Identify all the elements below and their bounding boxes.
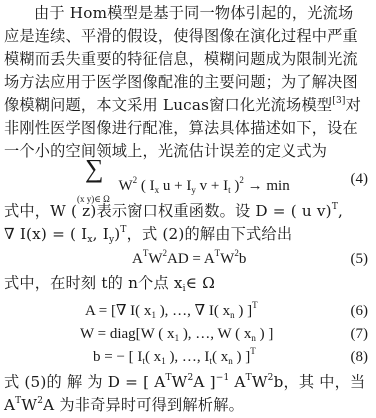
eq-sup: T xyxy=(250,346,256,356)
text-line: 式 (5)的 解 为 D = [ ATW2A ]−1 ATW2b，其 中，当 xyxy=(4,371,372,393)
eq-term: u + I xyxy=(163,178,191,194)
text-span: , xyxy=(338,202,343,220)
eq-term: ) ] xyxy=(256,326,274,342)
text-line: 像模糊问题，本文采用 Lucas窗口化光流场模型[3]对 xyxy=(4,94,372,116)
equation-number: (8) xyxy=(351,346,369,368)
text-span: 式 (5)的 解 为 D = [ A xyxy=(4,373,165,391)
eq-term: ) ] xyxy=(233,349,251,365)
eq-term: A xyxy=(132,251,143,267)
eq-sup: T xyxy=(252,300,258,310)
text-span: ∈ Ω xyxy=(186,274,215,292)
text-span: A ] xyxy=(193,373,215,391)
text-span: W xyxy=(21,396,37,414)
eq-term: A = [∇ I( x xyxy=(85,303,151,319)
eq-term: W xyxy=(148,251,162,267)
text-span: ∇ I(x) = ( I xyxy=(4,225,87,243)
eq-term: W xyxy=(118,178,132,194)
text-line: 非刚性医学图像进行配准，算法具体描述如下，设在 xyxy=(4,117,372,139)
eq-term: ), …, I xyxy=(166,349,210,365)
equation-number: (6) xyxy=(351,300,369,322)
text-span: A xyxy=(229,373,245,391)
equation-number: (4) xyxy=(351,168,369,190)
eq-term: ( x xyxy=(212,349,228,365)
eq-term: ) ] xyxy=(235,303,253,319)
text-span: W xyxy=(172,373,188,391)
text-span: 像模糊问题，本文采用 Lucas窗口化光流场模型 xyxy=(4,96,332,114)
equation-8: b = − [ It( x1 ), …, It( xn ) ]T xyxy=(93,346,256,368)
sum-symbol: ∑ xyxy=(85,158,104,180)
text-span: 式中，在时刻 t的 n个点 x xyxy=(4,274,183,292)
eq-sup: −1 xyxy=(216,373,230,383)
eq-term: ), …, W ( x xyxy=(179,326,251,342)
eq-sub: t xyxy=(228,185,231,195)
eq-sub: x xyxy=(155,185,160,195)
eq-sup: 2 xyxy=(239,175,244,185)
eq-sup: 2 xyxy=(133,175,138,185)
text-span: , I xyxy=(93,225,109,243)
text-line: 式中，W ( z)表示窗口权重函数。设 D = ( u v)T, xyxy=(4,200,372,222)
text-line: ATW2A 为非奇异时可得到解析解。 xyxy=(4,394,372,416)
eq-sub: y xyxy=(191,185,196,195)
text-line: 一个小的空间领域上，光流估计误差的定义式为 xyxy=(4,140,372,162)
eq-term: b xyxy=(239,251,247,267)
equation-4: ∑ (x y)∈ Ω W2 ( Ix u + Iy v + It )2 → mi… xyxy=(85,168,290,197)
text-line: ∇ I(x) = ( Ix, Iy)T，式 (2)的解由下式给出 xyxy=(4,223,372,245)
text-line: 由于 Hom模型是基于同一物体引起的，光流场 xyxy=(34,2,372,24)
eq-term: ( x xyxy=(145,349,161,365)
text-line: 场方法应用于医学图像配准的主要问题；为了解决图 xyxy=(4,71,372,93)
eq-term: W xyxy=(220,251,234,267)
equation-6: A = [∇ I( x1 ), …, ∇ I( xn ) ]T xyxy=(85,300,258,322)
eq-term: AD = A xyxy=(167,251,215,267)
eq-term: W = diag[W ( x xyxy=(80,326,175,342)
text-line: 模糊而丢失重要的特征信息，模糊问题成为限制光流 xyxy=(4,48,372,70)
eq-term: ( I xyxy=(141,178,155,194)
text-span: 式中，W ( z)表示窗口权重函数。设 D = ( u v) xyxy=(4,202,332,220)
text-span: W xyxy=(252,373,268,391)
citation[interactable]: [3] xyxy=(332,96,345,106)
eq-term: ), …, ∇ I( x xyxy=(156,303,230,319)
equation-5: ATW2AD = ATW2b xyxy=(132,248,246,270)
eq-term: → min xyxy=(248,178,290,194)
text-span: A xyxy=(4,396,15,414)
text-span: 对 xyxy=(346,96,361,114)
text-span: A 为非奇异时可得到解析解。 xyxy=(43,396,244,414)
equation-number: (5) xyxy=(351,248,369,270)
equation-number: (7) xyxy=(351,323,369,345)
text-span: ，式 (2)的解由下式给出 xyxy=(127,225,293,243)
text-line: 应是连续、平滑的假设，使得图像在演化过程中严重 xyxy=(4,25,372,47)
eq-term: v + I xyxy=(200,178,228,194)
text-span: b，其 中，当 xyxy=(274,373,366,391)
text-line: 式中，在时刻 t的 n个点 xi∈ Ω xyxy=(4,272,372,294)
eq-term: b = − [ I xyxy=(93,349,142,365)
equation-7: W = diag[W ( x1 ), …, W ( xn ) ] xyxy=(80,323,273,345)
